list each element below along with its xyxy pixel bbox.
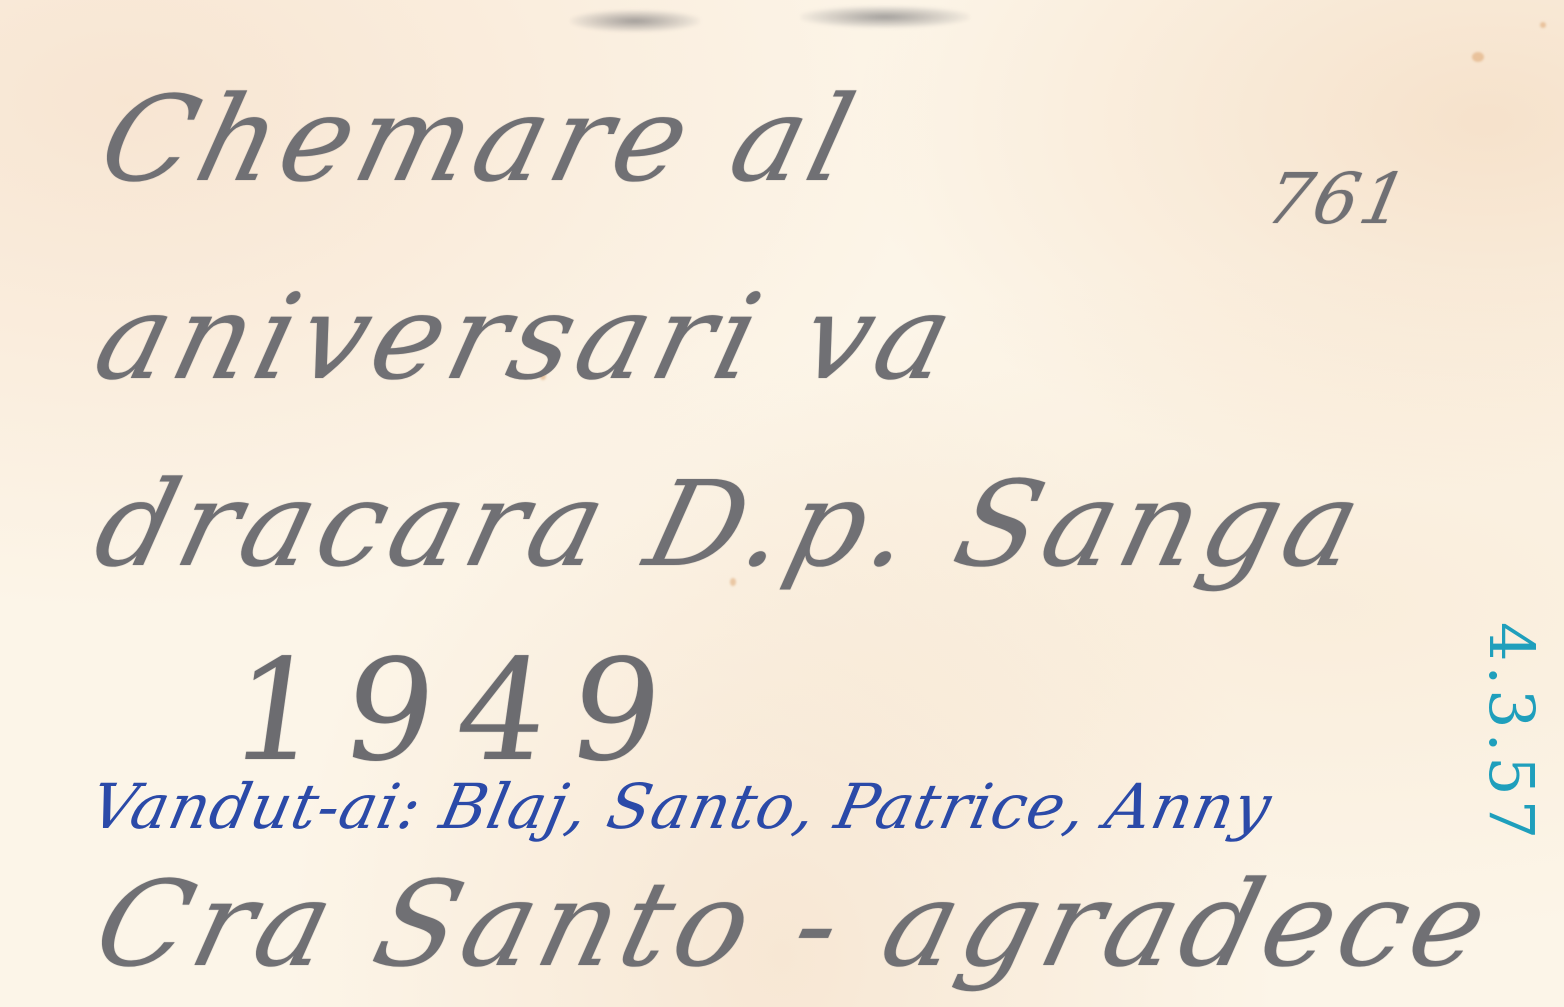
handwriting-number: 761 bbox=[1259, 158, 1416, 240]
handwriting-line-1: Chemare al bbox=[88, 70, 873, 208]
pencil-smudge-right bbox=[800, 6, 970, 28]
foxing-stain bbox=[1472, 52, 1484, 62]
pencil-smudge-left bbox=[570, 10, 700, 32]
blue-ink-note: Vandut-ai: Blaj, Santo, Patrice, Anny bbox=[84, 770, 1278, 843]
foxing-stain bbox=[1540, 22, 1546, 28]
handwriting-closing: Cra Santo - agradece bbox=[83, 855, 1506, 993]
handwriting-line-2: aniversari va bbox=[83, 268, 972, 406]
handwriting-year: 1949 bbox=[221, 630, 696, 793]
margin-date: 4.3.57 bbox=[1475, 622, 1548, 843]
handwriting-line-3: dracara D.p. Sanga bbox=[83, 455, 1380, 593]
